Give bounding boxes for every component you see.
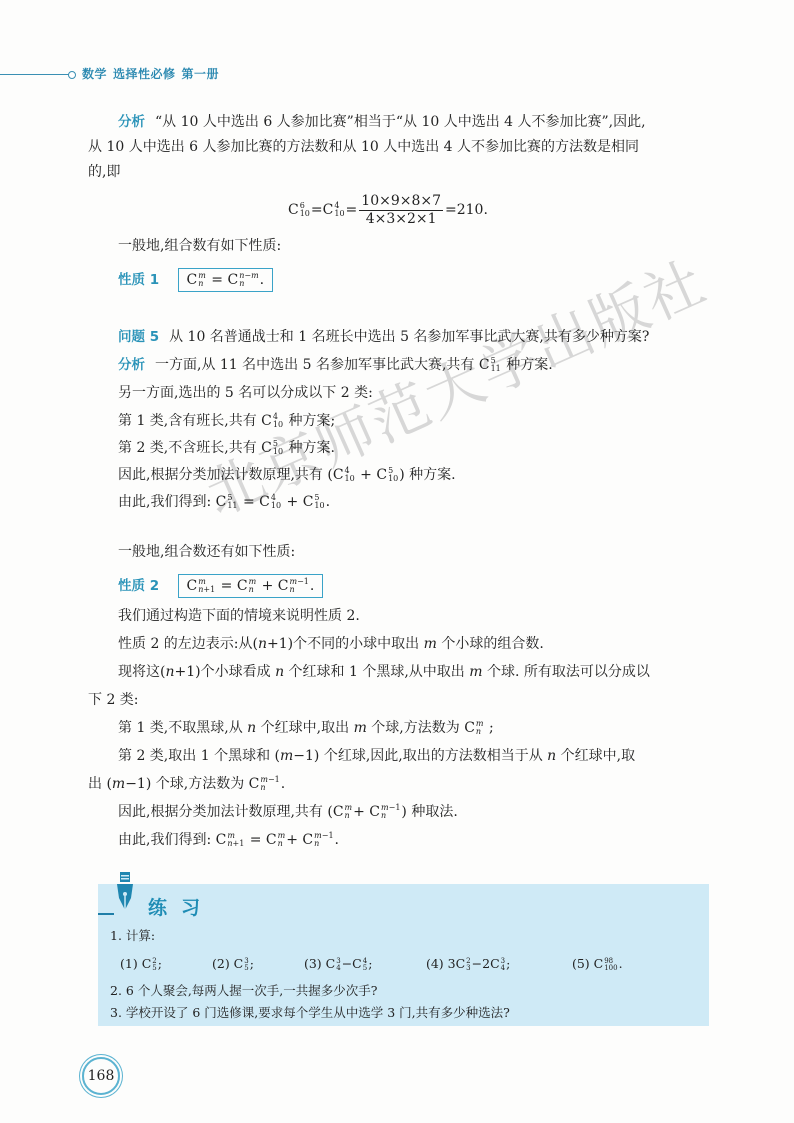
explanation-line8: 因此,根据分类加法计数原理,共有 (Cmn+ Cm−1n) 种取法. [118, 802, 458, 822]
text: ) 种取法. [401, 804, 457, 820]
sub: 10 [300, 210, 310, 218]
analysis1-formula: C610=C410=10×9×8×74×3×2×1=210. [288, 192, 488, 228]
text: 个小球的组合数. [437, 636, 544, 652]
explanation-line6: 第 2 类,取出 1 个黑球和 (m−1) 个红球,因此,取出的方法数相当于从 … [118, 746, 635, 766]
practice-q3: 3. 学校开设了 6 门选修课,要求每个学生从中选学 3 门,共有多少种选法? [110, 1004, 510, 1022]
analysis2-line5: 因此,根据分类加法计数原理,共有 (C410 + C510) 种方案. [118, 465, 456, 485]
explanation-line3: 现将这(n+1)个小球看成 n 个红球和 1 个黑球,从中取出 m 个球. 所有… [118, 662, 650, 682]
text: 种方案. [502, 357, 553, 373]
header-book: 选择性必修 [113, 67, 176, 81]
property2-formula-box: Cmn+1 = Cmn + Cm−1n. [178, 574, 324, 598]
property2-label: 性质 2 [118, 578, 159, 594]
explanation-line9: 由此,我们得到: Cmn+1 = Cmn+ Cm−1n. [118, 830, 339, 850]
header-rule [0, 74, 70, 75]
explanation-line5: 第 1 类,不取黑球,从 n 个红球中,取出 m 个球,方法数为 Cmn ; [118, 718, 494, 738]
var-m: m [424, 636, 437, 652]
text: 个球. 所有取法可以分成以 [483, 664, 650, 680]
var-n: n [247, 720, 256, 736]
explanation-line4: 下 2 类: [88, 690, 139, 710]
q1-item-3: (3) C34−C45; [304, 955, 422, 973]
var-m: m [280, 748, 293, 764]
property1: 性质 1 Cmn = Cn−mn. [118, 268, 273, 292]
numerator: 10×9×8×7 [359, 193, 443, 211]
explanation-line7: 出 (m−1) 个球,方法数为 Cm−1n. [88, 774, 285, 794]
var-n: n [547, 748, 556, 764]
analysis2-line4: 第 2 类,不含班长,共有 C510 种方案. [118, 438, 335, 458]
text: 因此,根据分类加法计数原理,共有 ( [118, 467, 333, 483]
practice-q1-items: (1) C25; (2) C35; (3) C34−C45; (4) 3C23−… [120, 955, 700, 973]
text: 现将这( [118, 664, 165, 680]
header-subject: 数学 [82, 67, 107, 81]
analysis1-line3: 的,即 [88, 162, 120, 182]
analysis2-line6: 由此,我们得到: C511 = C410 + C510. [118, 492, 330, 512]
analysis1-line2: 从 10 人中选出 6 人参加比赛的方法数和从 10 人中选出 4 人不参加比赛… [88, 137, 639, 157]
header-rule-end [68, 71, 76, 79]
analysis1-text1: “从 10 人中选出 6 人参加比赛”相当于“从 10 人中选出 4 人不参加比… [155, 114, 646, 130]
q1-item-4: (4) 3C23−2C34; [426, 955, 568, 973]
text: 个红球中,取出 [256, 720, 353, 736]
analysis-label: 分析 [118, 114, 145, 130]
text: 因此,根据分类加法计数原理,共有 ( [118, 804, 333, 820]
running-header: 数学选择性必修第一册 [82, 65, 225, 82]
explanation-line1: 我们通过构造下面的情境来说明性质 2. [118, 606, 360, 626]
text: 个红球中,取 [556, 748, 635, 764]
text: 性质 2 的左边表示:从( [118, 636, 258, 652]
item-label: (2) [212, 956, 230, 971]
text: 第 2 类,不含班长,共有 [118, 440, 261, 456]
var-n: n [275, 664, 284, 680]
var-m: m [354, 720, 367, 736]
item-label: (3) [304, 956, 322, 971]
analysis2-label: 分析 [118, 357, 145, 373]
text: ) 种方案. [399, 467, 455, 483]
q1-item-2: (2) C35; [212, 955, 300, 973]
text: 种方案; [284, 413, 335, 429]
var-n: n [165, 664, 174, 680]
property-intro-1: 一般地,组合数有如下性质: [118, 236, 281, 256]
text: −1) 个红球,因此,取出的方法数相当于从 [293, 748, 547, 764]
c-symbol: C [288, 202, 299, 218]
property2: 性质 2 Cmn+1 = Cmn + Cm−1n. [118, 574, 323, 598]
text: . [335, 832, 339, 848]
text: +1)个不同的小球中取出 [267, 636, 424, 652]
text: 个红球和 1 个黑球,从中取出 [284, 664, 469, 680]
text: . [281, 776, 285, 792]
item-label: (1) [120, 956, 138, 971]
text: +1)个小球看成 [175, 664, 276, 680]
text: ; [485, 720, 494, 736]
analysis2-line1: 分析一方面,从 11 名中选出 5 名参加军事比武大赛,共有 C511 种方案. [118, 355, 553, 375]
header-volume: 第一册 [182, 67, 220, 81]
analysis2-line2: 另一方面,选出的 5 名可以分成以下 2 类: [118, 383, 373, 403]
explanation-line2: 性质 2 的左边表示:从(n+1)个不同的小球中取出 m 个小球的组合数. [118, 634, 544, 654]
text: 个球,方法数为 [367, 720, 464, 736]
text: 出 ( [88, 776, 112, 792]
text: 种方案. [284, 440, 335, 456]
page-number: 168 [82, 1057, 120, 1095]
text: 一方面,从 11 名中选出 5 名参加军事比武大赛,共有 [155, 357, 479, 373]
practice-q2: 2. 6 个人聚会,每两人握一次手,一共握多少次手? [110, 982, 377, 1000]
problem5: 问题 5从 10 名普通战士和 1 名班长中选出 5 名参加军事比武大赛,共有多… [118, 327, 649, 347]
sub: 10 [334, 210, 344, 218]
property1-formula-box: Cmn = Cn−mn. [178, 268, 274, 292]
q1-item-1: (1) C25; [120, 955, 208, 973]
result: =210. [445, 202, 488, 218]
item-label: (5) [572, 956, 590, 971]
pen-nib-icon [114, 872, 136, 912]
eq: = [346, 202, 358, 218]
fraction: 10×9×8×74×3×2×1 [359, 193, 443, 228]
property-intro-2: 一般地,组合数还有如下性质: [118, 542, 295, 562]
var-n: n [258, 636, 267, 652]
practice-title: 练习 [148, 893, 214, 920]
var-m: m [112, 776, 125, 792]
text: 第 1 类,含有班长,共有 [118, 413, 261, 429]
text: −1) 个球,方法数为 [125, 776, 248, 792]
eq: =C [311, 202, 333, 218]
text: 由此,我们得到: [118, 832, 216, 848]
text: 第 2 类,取出 1 个黑球和 ( [118, 748, 280, 764]
text: 第 1 类,不取黑球,从 [118, 720, 247, 736]
problem5-text: 从 10 名普通战士和 1 名班长中选出 5 名参加军事比武大赛,共有多少种方案… [169, 329, 649, 345]
practice-underline [98, 913, 114, 915]
property1-label: 性质 1 [118, 272, 159, 288]
problem5-label: 问题 5 [118, 329, 159, 345]
text: 由此,我们得到: [118, 494, 216, 510]
analysis2-line3: 第 1 类,含有班长,共有 C410 种方案; [118, 411, 335, 431]
var-m: m [469, 664, 482, 680]
practice-q1-label: 1. 计算: [110, 927, 155, 945]
item-label: (4) [426, 956, 444, 971]
analysis1-line1: 分析“从 10 人中选出 6 人参加比赛”相当于“从 10 人中选出 4 人不参… [118, 112, 646, 132]
denominator: 4×3×2×1 [359, 211, 443, 228]
q1-item-5: (5) C98100. [572, 955, 623, 973]
